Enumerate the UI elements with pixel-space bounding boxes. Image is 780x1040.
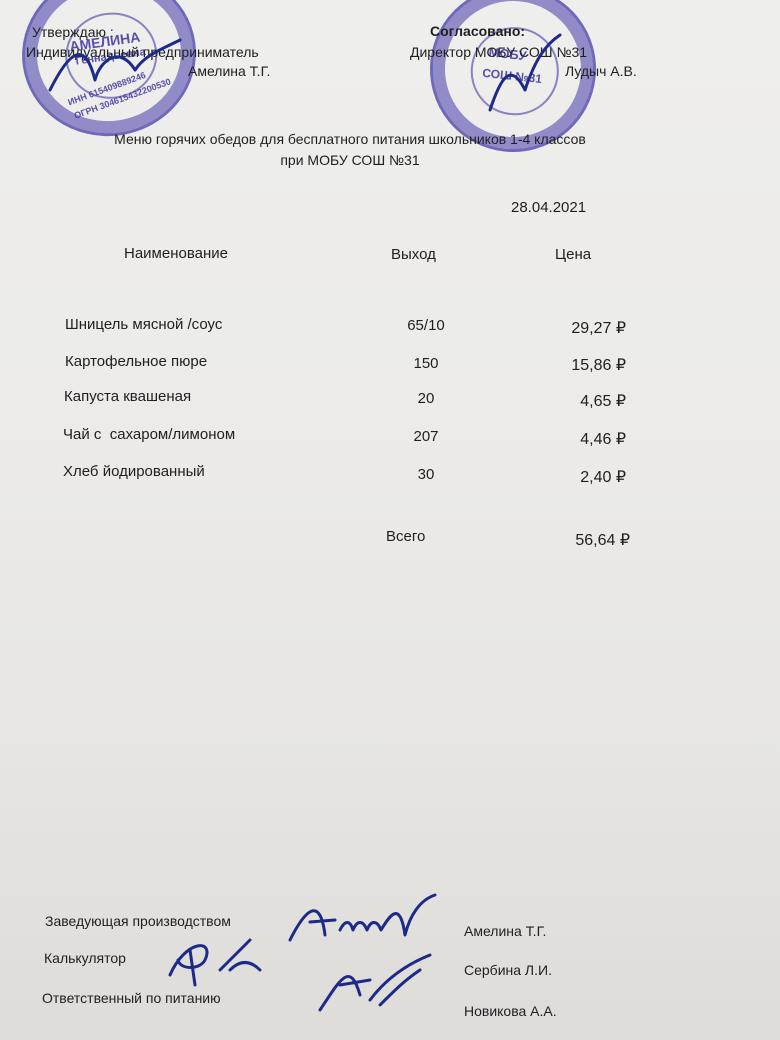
approve-signature (40, 30, 190, 110)
total-label: Всего (386, 528, 425, 545)
signature-role-production-head: Заведующая производством (45, 913, 231, 929)
row-yield: 150 (376, 355, 476, 372)
row-price: 4,65 ₽ (520, 391, 626, 411)
row-name: Картофельное пюре (65, 353, 207, 370)
calculator-signature (160, 930, 270, 990)
signature-name-production-head: Амелина Т.Г. (464, 923, 546, 939)
menu-date: 28.04.2021 (511, 199, 586, 216)
signature-role-nutrition: Ответственный по питанию (42, 990, 221, 1006)
nutrition-signature (310, 950, 440, 1020)
row-price: 4,46 ₽ (520, 429, 626, 449)
row-yield: 20 (376, 390, 476, 407)
agree-name: Лудыч А.В. (565, 63, 637, 79)
column-header-name: Наименование (124, 245, 228, 262)
menu-title-line2: при МОБУ СОШ №31 (0, 152, 700, 168)
signature-name-nutrition: Новикова А.А. (464, 1003, 557, 1019)
row-price: 2,40 ₽ (520, 467, 626, 487)
column-header-yield: Выход (391, 246, 436, 263)
total-value: 56,64 ₽ (530, 530, 630, 550)
signature-name-calculator: Сербина Л.И. (464, 962, 552, 978)
production-head-signature (285, 890, 445, 950)
row-name: Капуста квашеная (64, 388, 191, 405)
row-price: 29,27 ₽ (520, 318, 626, 338)
row-name: Хлеб йодированный (63, 463, 205, 480)
approve-name: Амелина Т.Г. (188, 63, 270, 79)
row-name: Шницель мясной /соус (65, 316, 222, 333)
menu-title-line1: Меню горячих обедов для бесплатного пита… (0, 131, 700, 147)
column-header-price: Цена (555, 246, 591, 263)
row-name: Чай с сахаром/лимоном (63, 426, 235, 443)
row-yield: 207 (376, 428, 476, 445)
row-yield: 65/10 (376, 317, 476, 334)
row-price: 15,86 ₽ (520, 355, 626, 375)
signature-role-calculator: Калькулятор (44, 950, 126, 966)
row-yield: 30 (376, 466, 476, 483)
agree-signature (480, 30, 570, 120)
